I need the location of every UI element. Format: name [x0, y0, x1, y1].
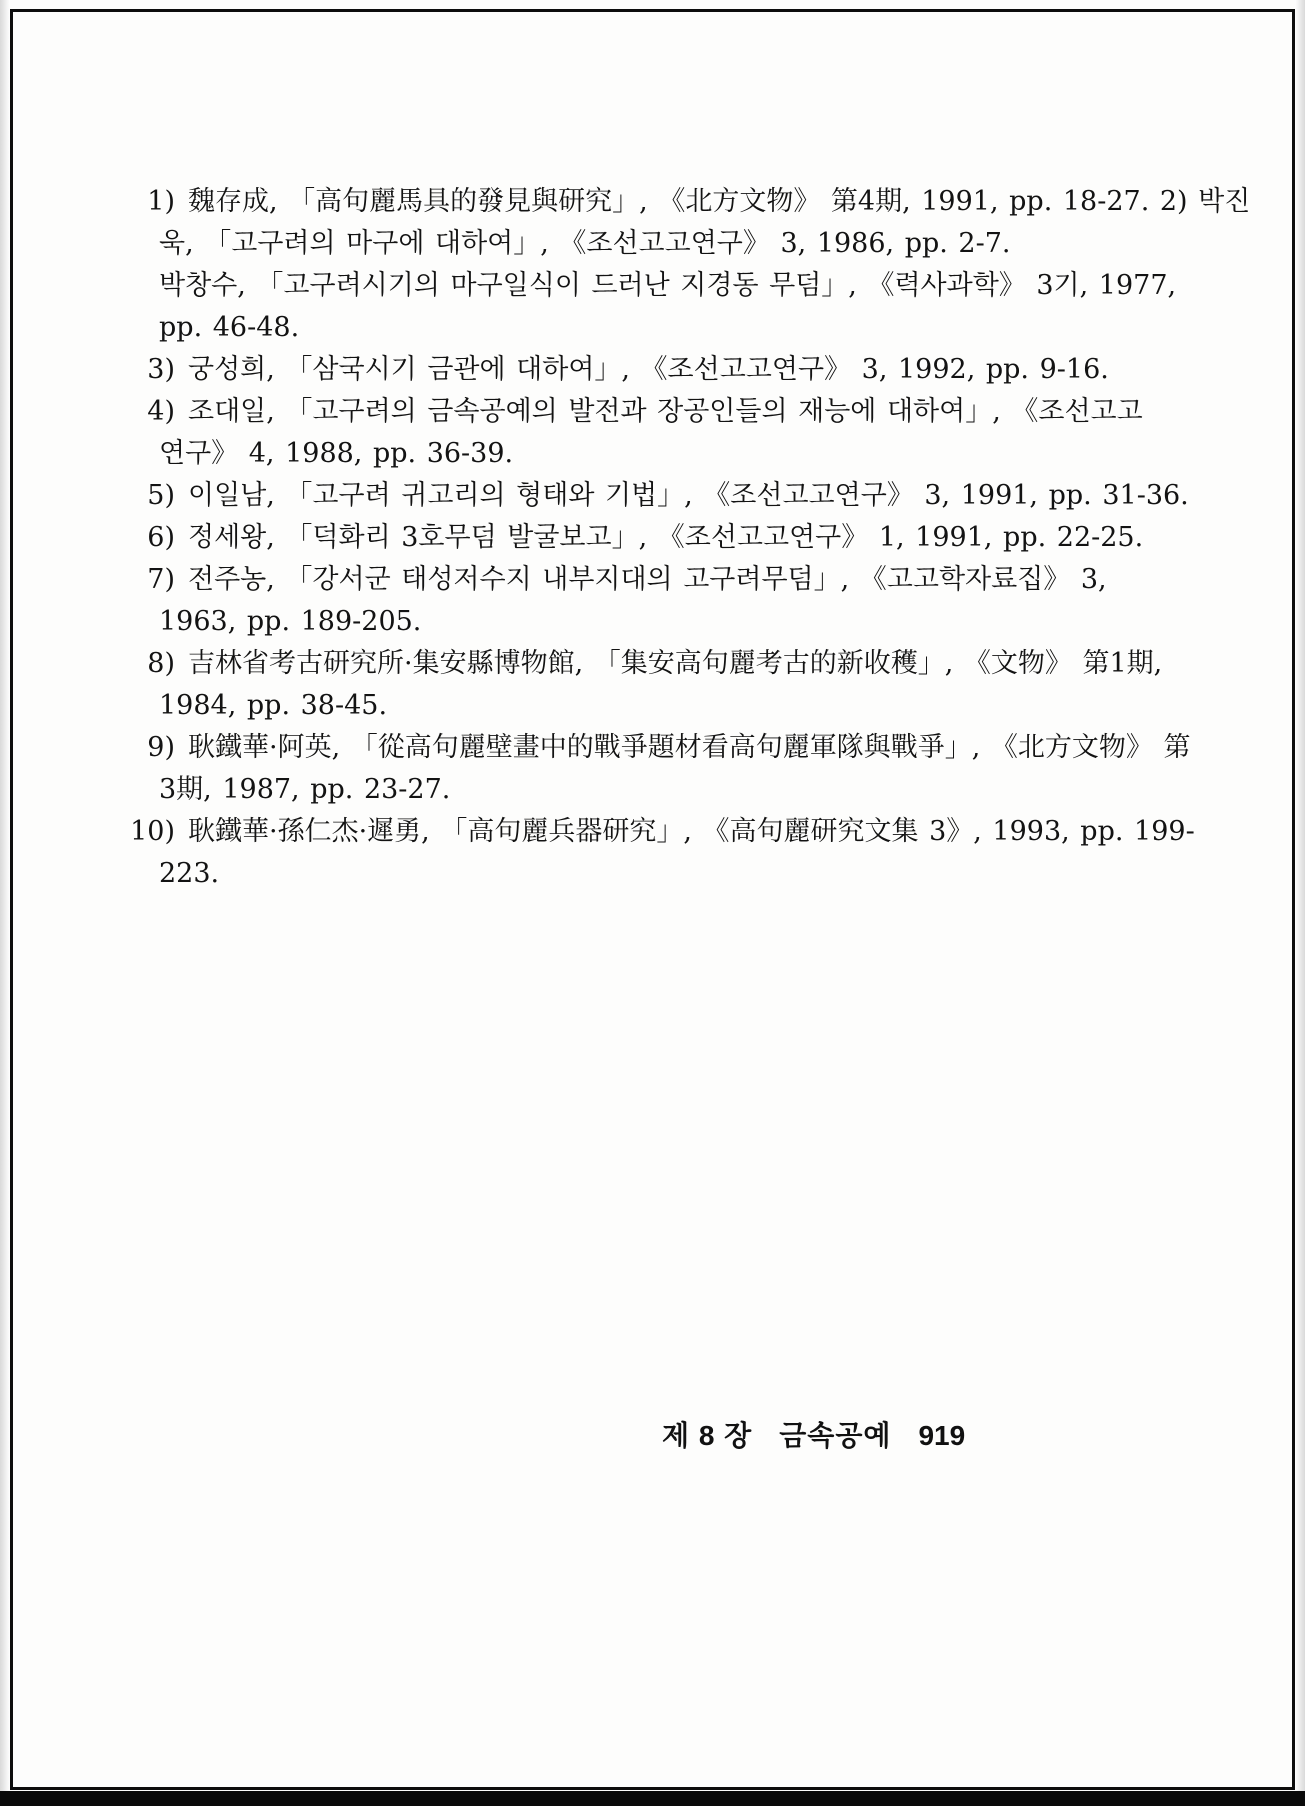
- reference-line: 223.: [159, 853, 960, 895]
- reference-line: 9)耿鐵華·阿英, 「從高句麗壁畫中的戰爭題材看高句麗軍隊與戰爭」, 《北方文物…: [128, 727, 960, 769]
- reference-line: 3期, 1987, pp. 23-27.: [159, 769, 960, 811]
- references-list: 1)魏存成, 「高句麗馬具的發見與研究」, 《北方文物》 第4期, 1991, …: [128, 181, 960, 895]
- reference-item: 1)魏存成, 「高句麗馬具的發見與研究」, 《北方文物》 第4期, 1991, …: [128, 181, 960, 349]
- reference-line: 7)전주농, 「강서군 태성저수지 내부지대의 고구려무덤」, 《고고학자료집》…: [128, 559, 960, 601]
- reference-number: 7): [128, 559, 175, 601]
- scan-bottom-edge: [0, 1791, 1305, 1806]
- reference-line: 3)궁성희, 「삼국시기 금관에 대하여」, 《조선고고연구》 3, 1992,…: [128, 349, 960, 391]
- reference-item: 9)耿鐵華·阿英, 「從高句麗壁畫中的戰爭題材看高句麗軍隊與戰爭」, 《北方文物…: [128, 727, 960, 811]
- reference-number: 1): [128, 181, 175, 223]
- reference-text: 耿鐵華·孫仁杰·遲勇, 「高句麗兵器研究」, 《高句麗研究文集 3》, 1993…: [188, 816, 1195, 847]
- reference-line: 1963, pp. 189-205.: [159, 601, 960, 643]
- reference-item: 6)정세왕, 「덕화리 3호무덤 발굴보고」, 《조선고고연구》 1, 1991…: [128, 517, 960, 559]
- scanned-page: 1)魏存成, 「高句麗馬具的發見與研究」, 《北方文物》 第4期, 1991, …: [0, 0, 1305, 1806]
- page-edge-shadow-right: [1295, 0, 1305, 1806]
- reference-line: 1)魏存成, 「高句麗馬具的發見與研究」, 《北方文物》 第4期, 1991, …: [128, 181, 960, 223]
- reference-line: 욱, 「고구려의 마구에 대하여」, 《조선고고연구》 3, 1986, pp.…: [159, 223, 960, 265]
- reference-text: 조대일, 「고구려의 금속공예의 발전과 장공인들의 재능에 대하여」, 《조선…: [188, 396, 1143, 427]
- reference-item: 4)조대일, 「고구려의 금속공예의 발전과 장공인들의 재능에 대하여」, 《…: [128, 391, 960, 475]
- reference-text: 魏存成, 「高句麗馬具的發見與研究」, 《北方文物》 第4期, 1991, pp…: [188, 186, 1250, 217]
- reference-line: 6)정세왕, 「덕화리 3호무덤 발굴보고」, 《조선고고연구》 1, 1991…: [128, 517, 960, 559]
- reference-number: 6): [128, 517, 175, 559]
- reference-line: 4)조대일, 「고구려의 금속공예의 발전과 장공인들의 재능에 대하여」, 《…: [128, 391, 960, 433]
- reference-line: 연구》 4, 1988, pp. 36-39.: [159, 433, 960, 475]
- reference-number: 9): [128, 727, 175, 769]
- chapter-label: 제 8 장: [662, 1414, 752, 1454]
- reference-line: pp. 46-48.: [159, 307, 960, 349]
- reference-line: 8)吉林省考古研究所·集安縣博物館, 「集安高句麗考古的新收穫」, 《文物》 第…: [128, 643, 960, 685]
- reference-item: 7)전주농, 「강서군 태성저수지 내부지대의 고구려무덤」, 《고고학자료집》…: [128, 559, 960, 643]
- reference-number: 10): [128, 811, 175, 853]
- reference-number: 8): [128, 643, 175, 685]
- reference-text: 전주농, 「강서군 태성저수지 내부지대의 고구려무덤」, 《고고학자료집》 3…: [188, 564, 1107, 595]
- page-edge-shadow-left: [0, 0, 10, 1806]
- reference-number: 5): [128, 475, 175, 517]
- reference-item: 5)이일남, 「고구려 귀고리의 형태와 기법」, 《조선고고연구》 3, 19…: [128, 475, 960, 517]
- reference-item: 3)궁성희, 「삼국시기 금관에 대하여」, 《조선고고연구》 3, 1992,…: [128, 349, 960, 391]
- reference-number: 4): [128, 391, 175, 433]
- reference-text: 궁성희, 「삼국시기 금관에 대하여」, 《조선고고연구》 3, 1992, p…: [188, 354, 1109, 385]
- section-label: 금속공예: [779, 1414, 891, 1454]
- reference-line: 박창수, 「고구려시기의 마구일식이 드러난 지경동 무덤」, 《력사과학》 3…: [159, 265, 960, 307]
- reference-text: 吉林省考古研究所·集安縣博物館, 「集安高句麗考古的新收穫」, 《文物》 第1期…: [188, 648, 1162, 679]
- reference-item: 8)吉林省考古研究所·集安縣博物館, 「集安高句麗考古的新收穫」, 《文物》 第…: [128, 643, 960, 727]
- reference-line: 5)이일남, 「고구려 귀고리의 형태와 기법」, 《조선고고연구》 3, 19…: [128, 475, 960, 517]
- page-number: 919: [918, 1420, 965, 1452]
- reference-number: 3): [128, 349, 175, 391]
- reference-text: 耿鐵華·阿英, 「從高句麗壁畫中的戰爭題材看高句麗軍隊與戰爭」, 《北方文物》 …: [188, 732, 1191, 763]
- reference-text: 이일남, 「고구려 귀고리의 형태와 기법」, 《조선고고연구》 3, 1991…: [188, 480, 1189, 511]
- reference-line: 1984, pp. 38-45.: [159, 685, 960, 727]
- reference-item: 10)耿鐵華·孫仁杰·遲勇, 「高句麗兵器研究」, 《高句麗研究文集 3》, 1…: [128, 811, 960, 895]
- reference-text: 정세왕, 「덕화리 3호무덤 발굴보고」, 《조선고고연구》 1, 1991, …: [188, 522, 1143, 553]
- page-footer: 제 8 장 금속공예 919: [662, 1414, 965, 1454]
- reference-line: 10)耿鐵華·孫仁杰·遲勇, 「高句麗兵器研究」, 《高句麗研究文集 3》, 1…: [128, 811, 960, 853]
